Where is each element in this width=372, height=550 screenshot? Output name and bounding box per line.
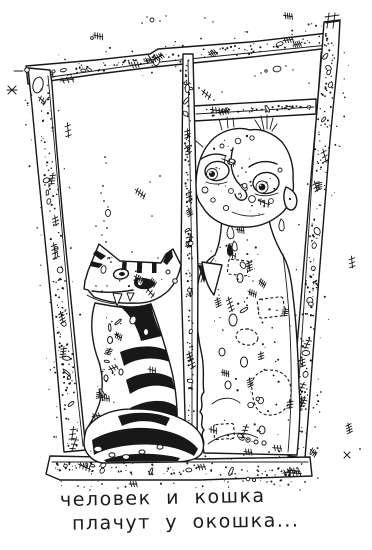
caption-line-1: человек и кошка xyxy=(60,485,266,511)
man-head xyxy=(196,115,297,227)
window-left-bar xyxy=(28,68,86,452)
window-transom-bar xyxy=(193,99,316,121)
cartoon-drawing: человек и кошка плачут у окошка... xyxy=(0,0,372,550)
ink-drawing-canvas xyxy=(0,0,372,550)
man-body xyxy=(196,217,299,455)
caption-line-2: плачут у окошка... xyxy=(72,509,300,534)
cat-head xyxy=(84,244,181,306)
